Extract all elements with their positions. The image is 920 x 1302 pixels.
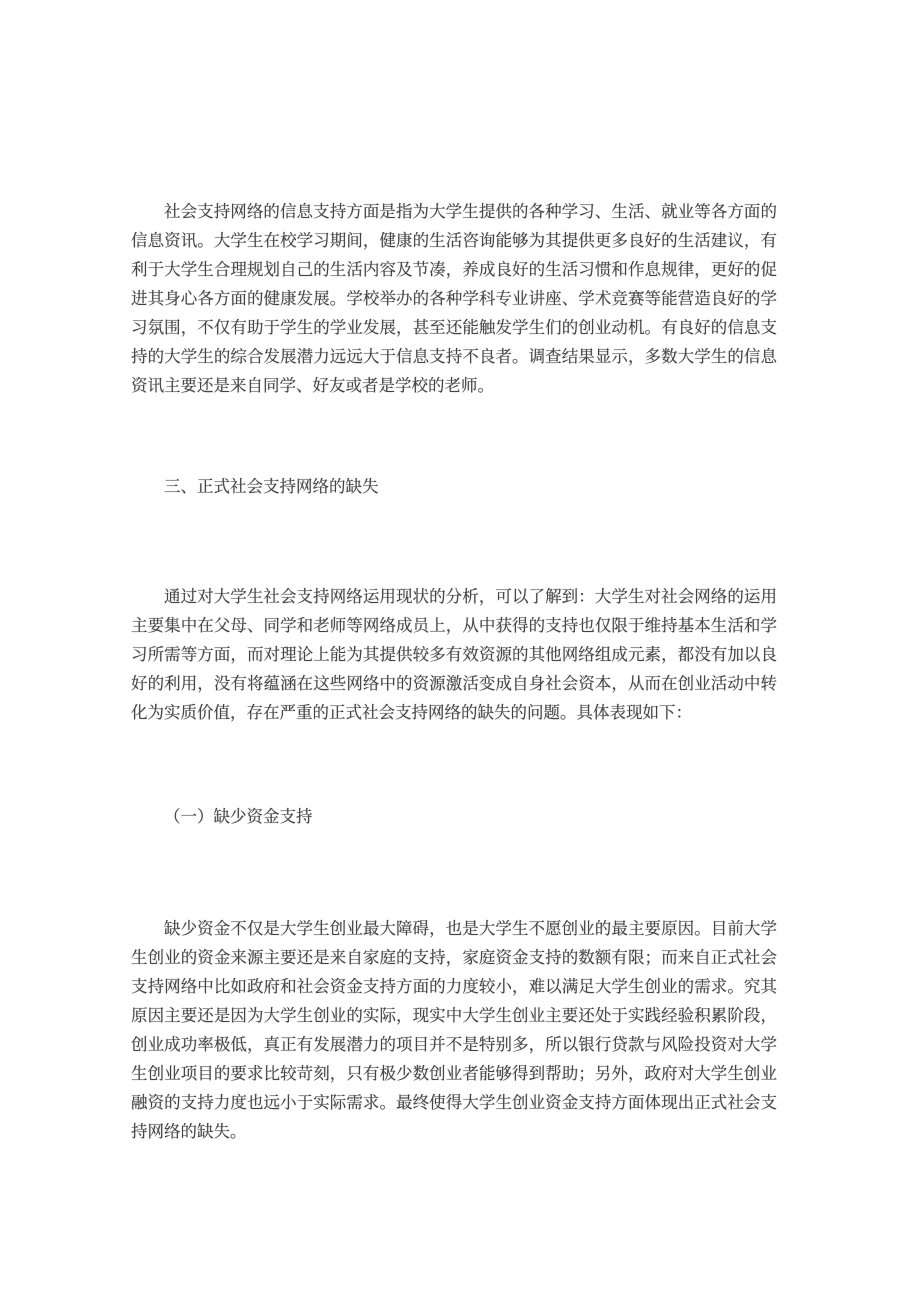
paragraph-network-analysis: 通过对大学生社会支持网络运用现状的分析，可以了解到：大学生对社会网络的运用主要集… (131, 582, 777, 727)
document-body: 社会支持网络的信息支持方面是指为大学生提供的各种学习、生活、就业等各方面的信息资… (131, 197, 777, 1146)
section-heading-formal-network-deficiency: 三、正式社会支持网络的缺失 (131, 472, 777, 501)
subsection-heading-lack-of-funding: （一）缺少资金支持 (131, 802, 777, 831)
paragraph-information-support: 社会支持网络的信息支持方面是指为大学生提供的各种学习、生活、就业等各方面的信息资… (131, 197, 777, 400)
document-page: 社会支持网络的信息支持方面是指为大学生提供的各种学习、生活、就业等各方面的信息资… (0, 0, 920, 1302)
paragraph-funding-shortage: 缺少资金不仅是大学生创业最大障碍，也是大学生不愿创业的最主要原因。目前大学生创业… (131, 914, 777, 1146)
